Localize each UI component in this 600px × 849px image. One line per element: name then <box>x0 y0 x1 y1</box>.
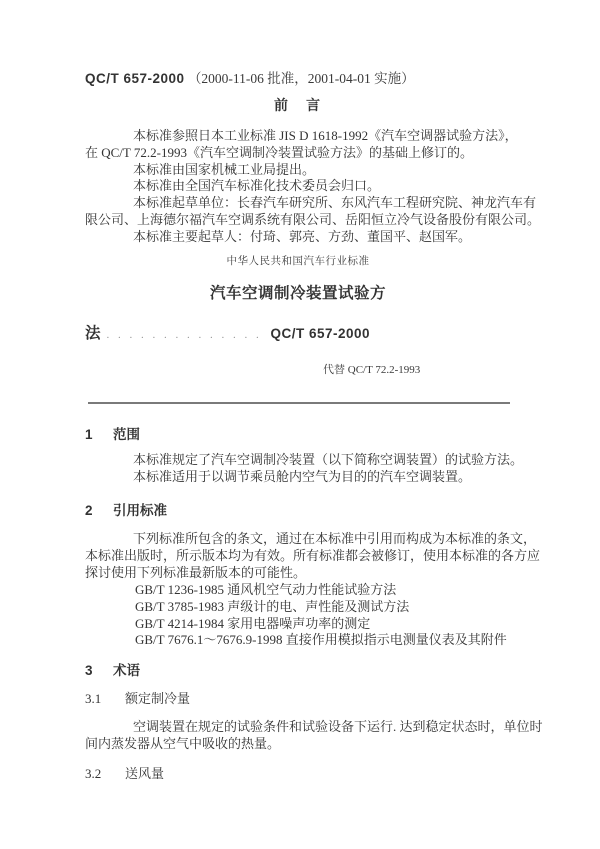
foreword-line: 本标准起草单位：长春汽车研究所、东风汽车工程研究院、神龙汽车有 <box>85 195 515 212</box>
foreword-body: 本标准参照日本工业标准 JIS D 1618-1992《汽车空调器试验方法》， … <box>85 128 515 246</box>
title-wrapped-char: 法 <box>85 326 101 343</box>
section-1-heading: 1 范围 <box>85 427 515 444</box>
body-line: 本标准出版时，所示版本均为有效。所有标准都会被修订，使用本标准的各方应 <box>85 548 515 565</box>
body-line: 本标准规定了汽车空调制冷装置（以下简称空调装置）的试验方法。 <box>85 452 515 469</box>
foreword-line: 本标准参照日本工业标准 JIS D 1618-1992《汽车空调器试验方法》， <box>85 128 515 145</box>
section-2-body: 下列标准所包含的条文，通过在本标准中引用而构成为本标准的条文， 本标准出版时，所… <box>85 531 515 581</box>
industry-standard-label: 中华人民共和国汽车行业标准 <box>85 254 511 271</box>
term-title: 送风量 <box>125 766 164 783</box>
body-line: 空调装置在规定的试验条件和试验设备下运行. 达到稳定状态时，单位时 <box>85 719 515 736</box>
doc-code: QC/T 657-2000 <box>85 71 185 86</box>
standard-document-page: QC/T 657-2000 （2000-11-06 批准，2001-04-01 … <box>0 0 600 849</box>
doc-code-line: QC/T 657-2000 （2000-11-06 批准，2001-04-01 … <box>85 71 515 88</box>
doc-approval-dates: （2000-11-06 批准，2001-04-01 实施） <box>188 71 415 86</box>
section-title: 术语 <box>113 663 140 680</box>
section-title: 范围 <box>113 427 140 444</box>
referenced-standard: GB/T 3785-1983 声级计的电、声性能及测试方法 <box>85 599 515 616</box>
section-3-heading: 3 术语 <box>85 663 515 680</box>
body-line: 间内蒸发器从空气中吸收的热量。 <box>85 736 515 753</box>
section-2-heading: 2 引用标准 <box>85 503 515 520</box>
referenced-standard: GB/T 4214-1984 家用电器噪声功率的测定 <box>85 616 515 633</box>
dot-leader: . . . . . . . . . . . . . . <box>101 327 271 344</box>
section-number: 2 <box>85 503 113 520</box>
foreword-line: 本标准由全国汽车标准化技术委员会归口。 <box>85 178 515 195</box>
standard-number: QC/T 657-2000 <box>271 326 371 343</box>
body-line: 下列标准所包含的条文，通过在本标准中引用而构成为本标准的条文， <box>85 531 515 548</box>
section-number: 1 <box>85 427 113 444</box>
foreword-title: 前 言 <box>85 97 511 114</box>
section-1-body: 本标准规定了汽车空调制冷装置（以下简称空调装置）的试验方法。 本标准适用于以调节… <box>85 452 515 486</box>
term-3-2-heading: 3.2 送风量 <box>85 766 515 783</box>
standard-title: 汽车空调制冷装置试验方 <box>85 286 511 303</box>
term-title: 额定制冷量 <box>125 691 190 708</box>
term-3-1-definition: 空调装置在规定的试验条件和试验设备下运行. 达到稳定状态时，单位时 间内蒸发器从… <box>85 719 515 753</box>
section-title: 引用标准 <box>113 503 167 520</box>
referenced-standard: GB/T 1236-1985 通风机空气动力性能试验方法 <box>85 582 515 599</box>
section-number: 3 <box>85 663 113 680</box>
foreword-line: 本标准由国家机械工业局提出。 <box>85 162 515 179</box>
body-line: 本标准适用于以调节乘员舱内空气为目的的汽车空调装置。 <box>85 469 515 486</box>
supersedes-note: 代替 QC/T 72.2-1993 <box>323 362 523 379</box>
horizontal-rule <box>88 402 510 404</box>
foreword-line: 本标准主要起草人：付琦、郭亮、方劲、董国平、赵国军。 <box>85 229 515 246</box>
foreword-line: 限公司、上海德尔福汽车空调系统有限公司、岳阳恒立冷气设备股份有限公司。 <box>85 212 515 229</box>
term-number: 3.2 <box>85 766 125 783</box>
term-3-1-heading: 3.1 额定制冷量 <box>85 691 515 708</box>
referenced-standard: GB/T 7676.1～7676.9-1998 直接作用模拟指示电测量仪表及其附… <box>85 632 515 649</box>
referenced-standards-list: GB/T 1236-1985 通风机空气动力性能试验方法 GB/T 3785-1… <box>85 582 515 649</box>
foreword-line: 在 QC/T 72.2-1993《汽车空调制冷装置试验方法》的基础上修订的。 <box>85 145 515 162</box>
term-number: 3.1 <box>85 691 125 708</box>
standard-title-second-line: 法 . . . . . . . . . . . . . . QC/T 657-2… <box>85 326 515 344</box>
body-line: 探讨使用下列标准最新版本的可能性。 <box>85 565 515 582</box>
